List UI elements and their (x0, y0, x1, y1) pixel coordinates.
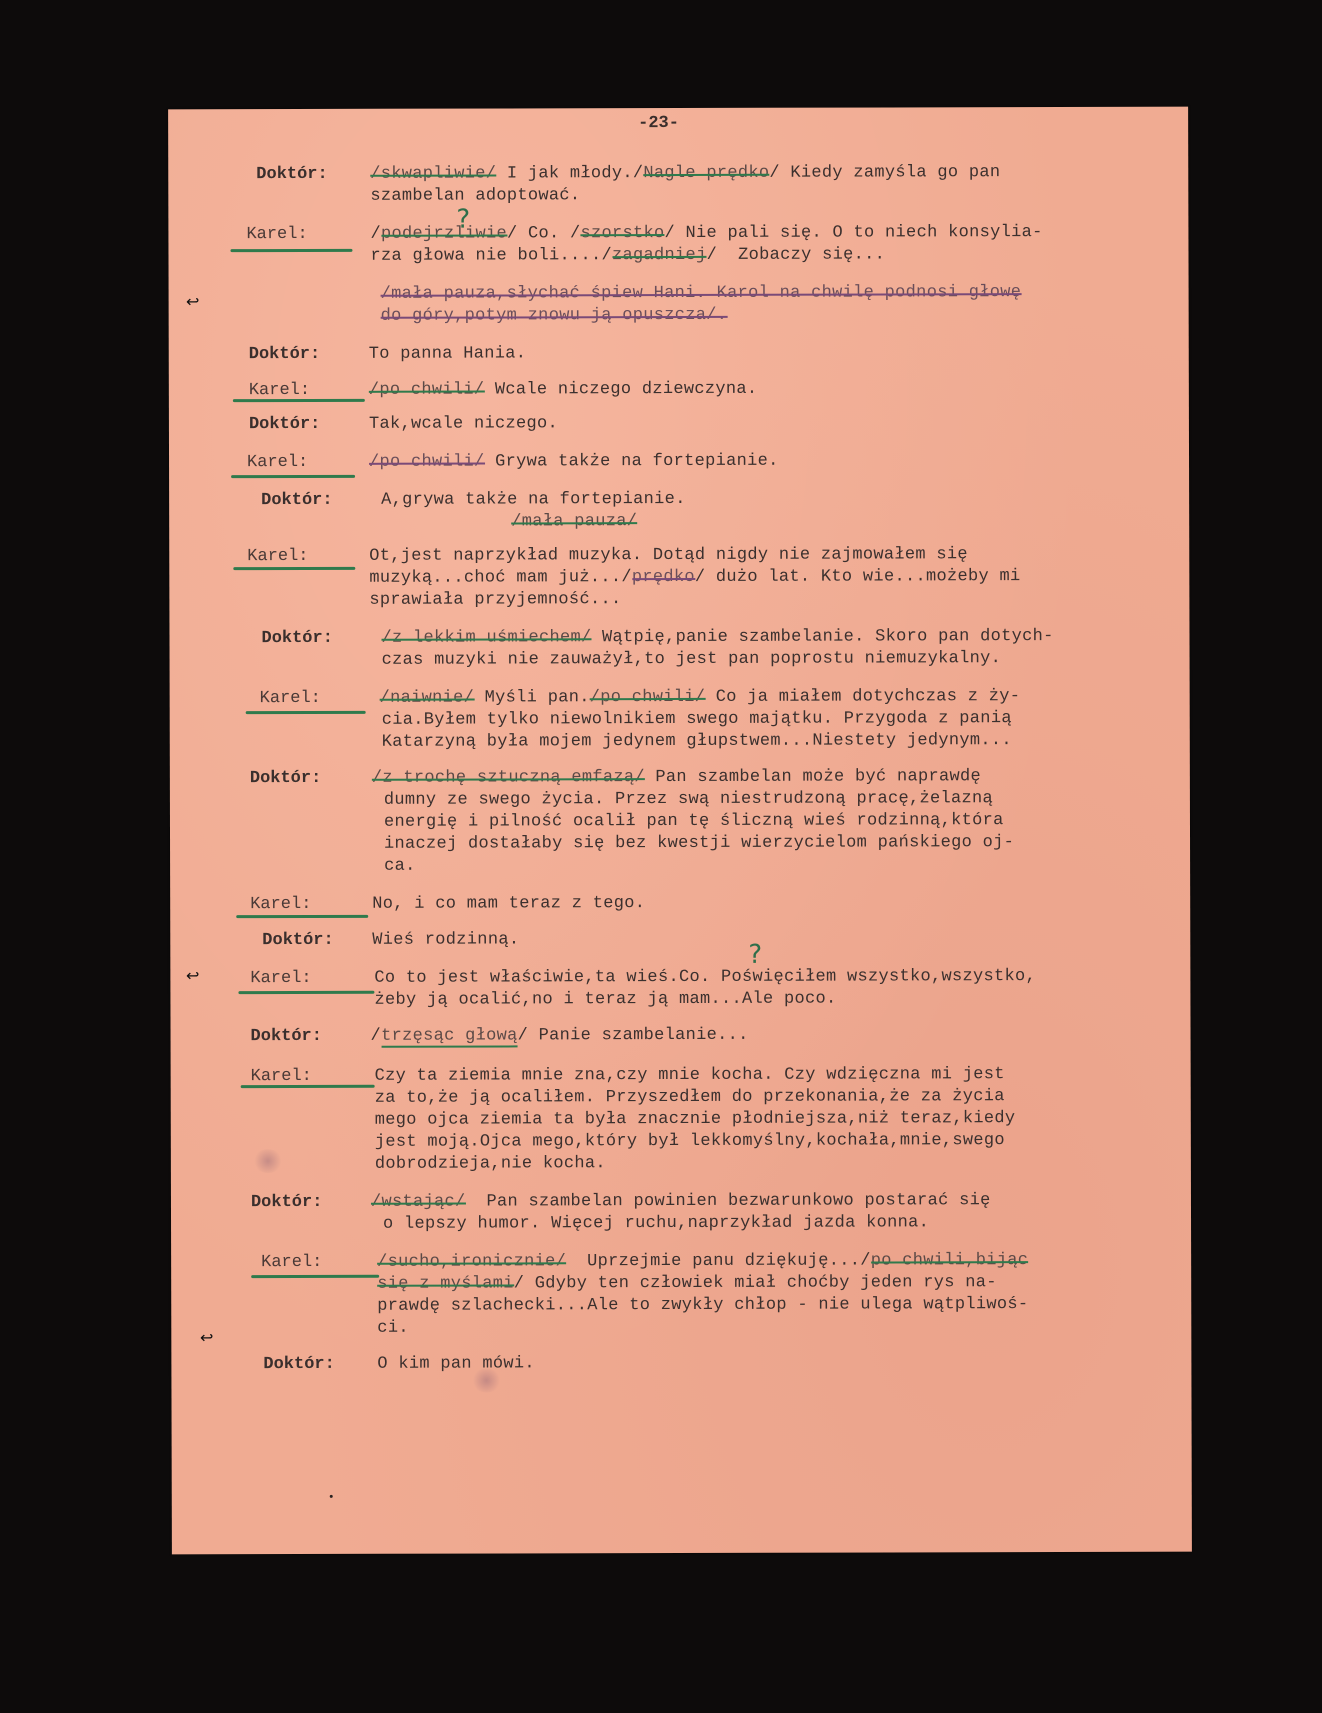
dialogue-line: To panna Hania. (369, 344, 527, 363)
speaker-doctor: Doktór: (250, 769, 321, 788)
dialogue-line: dumny ze swego życia. Przez swą niestrud… (384, 789, 993, 810)
struck-stage-direction: po chwili,bijąc (871, 1251, 1029, 1270)
dialogue-line: Wieś rodzinną. (372, 930, 519, 949)
dialogue-line: /z trochę sztuczną emfazą/ Pan szambelan… (372, 767, 981, 788)
speaker-doctor: Doktór: (261, 491, 332, 510)
speaker-underline (233, 399, 365, 402)
margin-mark-icon: ↩ (200, 1328, 213, 1347)
dialogue-line: dobrodzieja,nie kocha. (375, 1154, 606, 1174)
speaker-underline (241, 1085, 375, 1088)
speaker-doctor: Doktór: (262, 931, 333, 950)
struck-stage-direction: /skwapliwie/ (370, 164, 496, 183)
speaker-karel: Karel: (260, 689, 321, 708)
margin-mark-icon: ↩ (186, 292, 199, 311)
dialogue-line: /skwapliwie/ I jak młody./Nagle prędko/ … (370, 163, 1000, 184)
dialogue-line: /po chwili/ Wcale niczego dziewczyna. (369, 380, 758, 400)
struck-stage-direction: szorstko (580, 224, 664, 243)
speaker-karel: Karel: (251, 1067, 312, 1086)
dialogue-line: /wstając/ Pan szambelan powinien bezwaru… (371, 1191, 991, 1212)
dialogue-line: sprawiała przyjemność... (369, 590, 621, 610)
struck-stage-direction: prędko (632, 568, 695, 587)
ink-dot (330, 1495, 333, 1498)
struck-stage-direction: do góry,potym znowu ją opuszcza/. (381, 306, 728, 326)
dialogue-line: /podejrzliwie/ Co. /szorstko/ Nie pali s… (370, 223, 1042, 244)
typescript-page: -23- Doktór: /skwapliwie/ I jak młody./N… (168, 107, 1192, 1555)
ink-smudge (471, 1368, 501, 1392)
stage-direction: /mała pauza/ (511, 512, 637, 531)
speaker-underline (231, 475, 355, 478)
speaker-underline (230, 249, 352, 252)
underlined-stage-direction: trzęsąc głową (381, 1026, 518, 1047)
dialogue-line: za to,że ją ocaliłem. Przyszedłem do prz… (375, 1087, 1005, 1108)
struck-stage-direction: /mała pauza/ (511, 512, 637, 531)
speaker-karel: Karel: (247, 547, 308, 566)
struck-stage-direction: /z lekkim uśmiechem/ (381, 628, 591, 648)
dialogue-line: Tak,wcale niczego. (369, 414, 558, 433)
speaker-karel: Karel: (246, 225, 307, 244)
dialogue-line: Czy ta ziemia mnie zna,czy mnie kocha. C… (375, 1065, 1005, 1086)
dialogue-line: muzyką...choć mam już.../prędko/ dużo la… (369, 567, 1020, 588)
dialogue-line: ca. (384, 857, 416, 876)
dialogue-line: /trzęsąc głową/ Panie szambelanie... (371, 1026, 749, 1046)
speaker-underline (251, 1275, 379, 1278)
handwritten-question-mark: ? (456, 205, 470, 235)
struck-stage-direction: /po chwili/ (590, 688, 706, 707)
dialogue-line: cia.Byłem tylko niewolnikiem swego mająt… (382, 709, 1012, 730)
dialogue-line: szambelan adoptować. (370, 186, 580, 206)
dialogue-line: /z lekkim uśmiechem/ Wątpię,panie szambe… (381, 627, 1053, 648)
struck-stage-direction: /sucho,ironicznie/ (377, 1252, 566, 1271)
dialogue-line: Co to jest właściwie,ta wieś.Co. Poświęc… (374, 967, 1036, 988)
stage-direction: /mała pauza,słychać śpiew Hani. Karol na… (381, 283, 1022, 304)
dialogue-line: mego ojca ziemia ta była znacznie płodni… (375, 1109, 1016, 1130)
dialogue-line: się z myślami/ Gdyby ten człowiek miał c… (377, 1273, 997, 1294)
dialogue-line: /po chwili/ Grywa także na fortepianie. (369, 452, 779, 472)
struck-stage-direction: /po chwili/ (369, 453, 485, 472)
speaker-karel: Karel: (261, 1253, 322, 1272)
ink-smudge (253, 1149, 283, 1173)
speaker-karel: Karel: (250, 895, 311, 914)
dialogue-line: A,grywa także na fortepianie. (381, 490, 686, 510)
dialogue-line: czas muzyki nie zauważył,to jest pan pop… (382, 649, 1002, 670)
dialogue-line: Katarzyną była mojem jedynem głupstwem..… (382, 731, 1012, 752)
dialogue-line: żeby ją ocalić,no i teraz ją mam...Ale p… (374, 990, 836, 1010)
page-number: -23- (638, 114, 679, 133)
struck-stage-direction: podejrzliwie (381, 224, 507, 243)
speaker-doctor: Doktór: (249, 345, 320, 364)
dialogue-line: inaczej dostałaby się bez kwestji wierzy… (384, 833, 1014, 854)
speaker-doctor: Doktór: (261, 629, 332, 648)
dialogue-line: /naiwnie/ Myśli pan./po chwili/ Co ja mi… (380, 687, 1021, 708)
speaker-doctor: Doktór: (251, 1027, 322, 1046)
dialogue-line: /sucho,ironicznie/ Uprzejmie panu dzięku… (377, 1251, 1028, 1272)
dialogue-line: o lepszy humor. Więcej ruchu,naprzykład … (383, 1213, 929, 1233)
stage-direction: do góry,potym znowu ją opuszcza/. (381, 306, 728, 326)
speaker-underline (233, 567, 355, 570)
speaker-underline (246, 711, 366, 714)
margin-mark-icon: ↩ (186, 966, 199, 985)
speaker-karel: Karel: (247, 453, 308, 472)
speaker-doctor: Doktór: (251, 1193, 322, 1212)
struck-stage-direction: się z myślami (377, 1274, 514, 1293)
struck-stage-direction: /po chwili/ (369, 381, 485, 400)
speaker-underline (236, 915, 368, 918)
speaker-doctor: Doktór: (249, 415, 320, 434)
dialogue-line: No, i co mam teraz z tego. (372, 894, 645, 914)
dialogue-line: O kim pan mówi. (377, 1354, 535, 1373)
speaker-karel: Karel: (250, 969, 311, 988)
struck-stage-direction: /z trochę sztuczną emfazą/ (372, 768, 645, 788)
dialogue-line: prawdę szlachecki...Ale to zwykły chłop … (377, 1295, 1028, 1316)
struck-stage-direction: /naiwnie/ (380, 689, 475, 708)
speaker-doctor: Doktór: (256, 165, 327, 184)
dialogue-line: ci. (377, 1319, 409, 1338)
dialogue-line: jest moją.Ojca mego,który był lekkomyśln… (375, 1131, 1005, 1152)
struck-stage-direction: /mała pauza,słychać śpiew Hani. Karol na… (381, 283, 1022, 304)
struck-stage-direction: zagadniej (612, 246, 707, 265)
struck-stage-direction: /wstając/ (371, 1193, 466, 1212)
dialogue-line: rza głowa nie boli..../zagadniej/ Zobacz… (370, 245, 885, 265)
speaker-doctor: Doktór: (263, 1355, 334, 1374)
dialogue-line: Ot,jest naprzykład muzyka. Dotąd nigdy n… (369, 545, 968, 566)
struck-stage-direction: Nagle prędko (643, 164, 769, 183)
dialogue-line: energię i pilność ocalił pan tę śliczną … (384, 811, 1004, 832)
handwritten-question-mark: ? (748, 940, 762, 970)
speaker-underline (238, 991, 374, 994)
speaker-karel: Karel: (249, 381, 310, 400)
